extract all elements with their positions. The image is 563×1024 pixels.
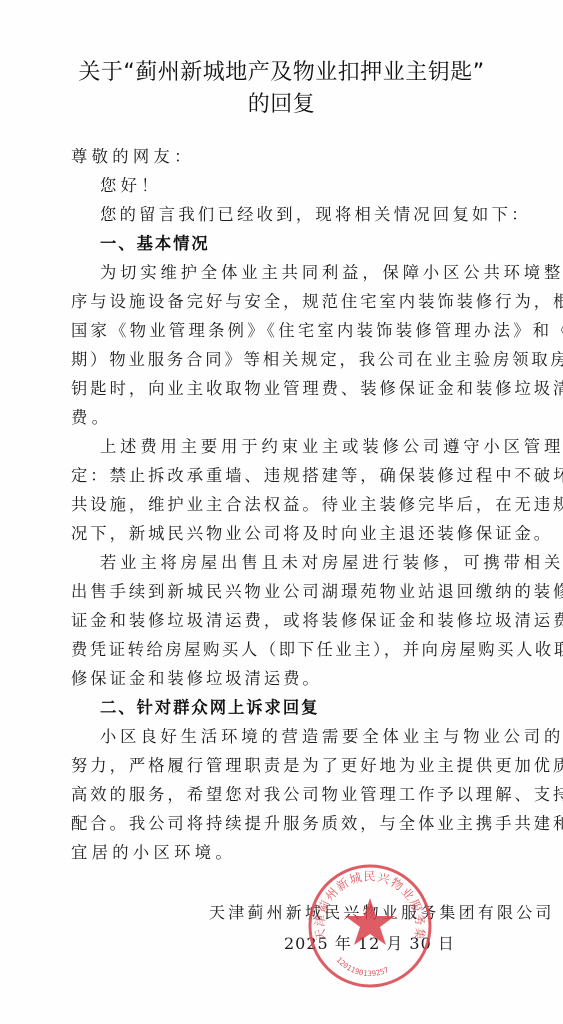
paragraph-line: 出售手续到新城民兴物业公司湖璟苑物业站退回缴纳的装修保	[71, 577, 491, 606]
paragraph-line: 修保证金和装修垃圾清运费。	[71, 664, 491, 693]
paragraph-line: 为切实维护全体业主共同利益，保障小区公共环境整洁有	[100, 258, 520, 287]
svg-text:1201190139257: 1201190139257	[334, 955, 390, 978]
paragraph-line: 高效的服务，希望您对我公司物业管理工作予以理解、支持与	[71, 780, 491, 809]
paragraph-line: 费凭证转给房屋购买人（即下任业主），并向房屋购买人收取装	[71, 635, 491, 664]
paragraph-line: 努力，严格履行管理职责是为了更好地为业主提供更加优质、	[71, 751, 491, 780]
paragraph-line: 钥匙时，向业主收取物业管理费、装修保证金和装修垃圾清运	[71, 374, 491, 403]
paragraph-line: 配合。我公司将持续提升服务质效，与全体业主携手共建和谐	[71, 809, 491, 838]
paragraph-line: 期）物业服务合同》等相关规定，我公司在业主验房领取房屋	[71, 345, 491, 374]
paragraph-line: 共设施，维护业主合法权益。待业主装修完毕后，在无违规情	[71, 490, 491, 519]
paragraph-line: 定：禁止拆改承重墙、违规搭建等，确保装修过程中不破坏公	[71, 461, 491, 490]
official-seal-stamp: 天津蓟州新城民兴物业服务集团有限公司 1201190139257	[306, 862, 434, 990]
paragraph-line: 若业主将房屋出售且未对房屋进行装修，可携带相关房屋	[100, 548, 520, 577]
document-title-line1: 关于“蓟州新城地产及物业扣押业主钥匙”	[0, 56, 563, 90]
paragraph-line: 证金和装修垃圾清运费，或将装修保证金和装修垃圾清运费缴	[71, 606, 491, 635]
paragraph-line: 国家《物业管理条例》《住宅室内装饰装修管理办法》和《(前	[71, 316, 491, 345]
document-title-line2: 的回复	[0, 88, 563, 122]
document-page: 关于“蓟州新城地产及物业扣押业主钥匙” 的回复 尊敬的网友： 您好！ 您的留言我…	[0, 0, 563, 1024]
paragraph-line: 序与设施设备完好与安全，规范住宅室内装饰装修行为，根据	[71, 287, 491, 316]
section-heading-basic: 一、基本情况	[100, 229, 520, 258]
seal-serial-number: 1201190139257	[334, 955, 390, 978]
salutation: 尊敬的网友：	[71, 142, 491, 171]
intro-text: 您的留言我们已经收到，现将相关情况回复如下：	[100, 200, 520, 229]
paragraph-line: 上述费用主要用于约束业主或装修公司遵守小区管理规	[100, 432, 520, 461]
paragraph-line: 况下，新城民兴物业公司将及时向业主退还装修保证金。	[71, 519, 491, 548]
paragraph-line: 小区良好生活环境的营造需要全体业主与物业公司的共同	[100, 722, 520, 751]
star-icon	[345, 898, 395, 945]
paragraph-line: 费。	[71, 403, 491, 432]
section-heading-reply: 二、针对群众网上诉求回复	[100, 693, 520, 722]
greeting: 您好！	[100, 171, 520, 200]
